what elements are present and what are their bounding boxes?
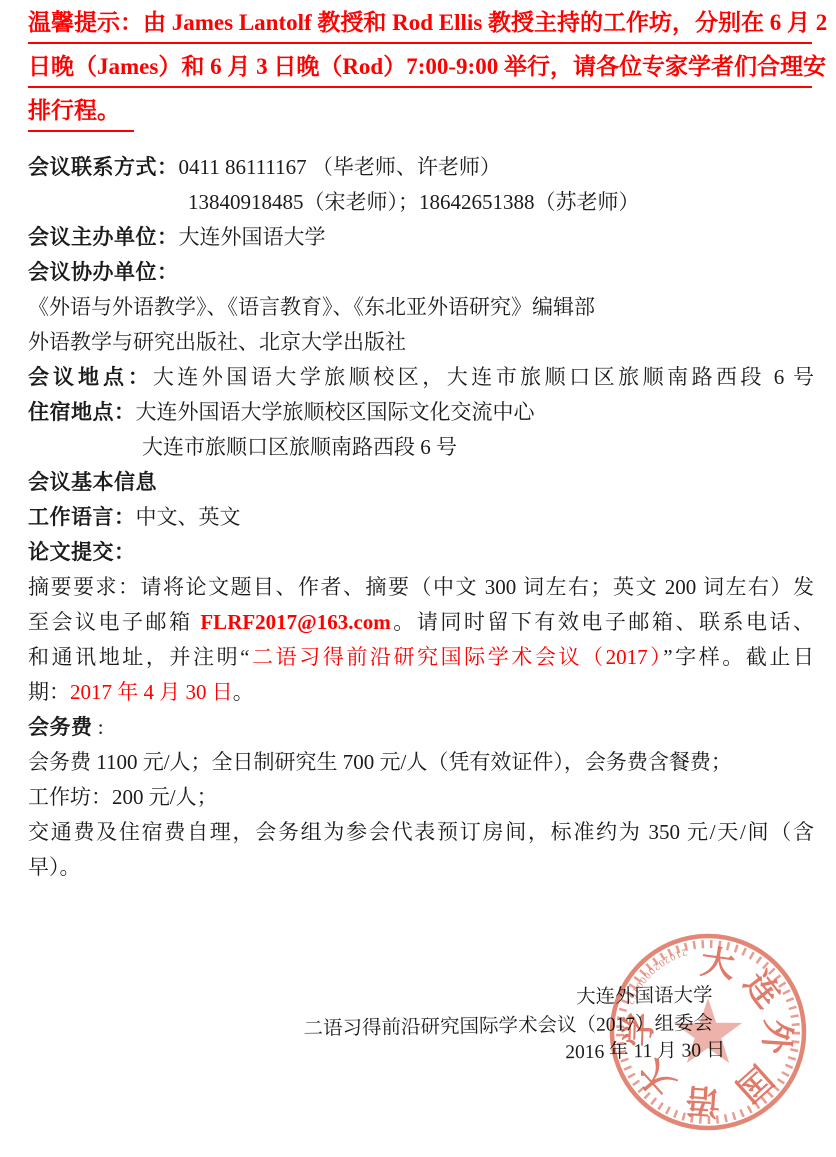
abstract-text: 。请同时留下有效电子邮箱、联系电话、: [391, 610, 814, 634]
seal-char: 连: [737, 965, 788, 1015]
fee-text: 工作坊：200 元/人；: [28, 785, 218, 809]
notice-text: 日晚（James）和 6 月 3 日晚（Rod）7:00-9:00 举行，请各位…: [28, 54, 826, 79]
submission-heading-line: 论文提交：: [28, 535, 814, 570]
coorg-presses-line: 外语教学与研究出版社、北京大学出版社: [28, 325, 814, 360]
notice-line: 排行程。: [28, 94, 812, 130]
abstract-text: 至会议电子邮箱: [28, 610, 200, 634]
venue-label: 会议地点：: [28, 366, 153, 389]
host-label: 会议主办单位：: [28, 226, 179, 249]
venue-line: 会议地点：大连外国语大学旅顺校区，大连市旅顺口区旅顺南路西段 6 号: [28, 360, 814, 395]
coorg-editors: 《外语与外语教学》、《语言教育》、《东北亚外语研究》编辑部: [28, 295, 595, 319]
official-seal-stamp: 21020200001620 大 连 外 国 语 大 学: [604, 926, 812, 1138]
submission-label: 论文提交：: [28, 541, 136, 564]
language-line: 工作语言：中文、英文: [28, 500, 814, 535]
deadline-line: 期：2017 年 4 月 30 日。: [28, 675, 814, 710]
seal-char: 大: [698, 943, 737, 985]
host-value: 大连外国语大学: [179, 225, 326, 249]
seal-serial-number: 21020200001620: [604, 926, 688, 1007]
lodging-address: 大连市旅顺口区旅顺南路西段 6 号: [142, 435, 457, 459]
basic-info-heading-line: 会议基本信息: [28, 465, 814, 500]
fee-text: 交通费及住宿费自理，会务组为参会代表预订房间，标准约为 350 元/天/间（含: [28, 820, 814, 844]
fee-heading-line: 会务费 :: [28, 710, 814, 745]
lodging-label: 住宿地点：: [28, 401, 136, 424]
fee-line1: 会务费 1100 元/人；全日制研究生 700 元/人（凭有效证件），会务费含餐…: [28, 745, 814, 780]
fee-colon: :: [93, 715, 104, 739]
seal-char: 学: [620, 1012, 659, 1047]
lodging-line: 住宿地点：大连外国语大学旅顺校区国际文化交流中心: [28, 395, 814, 430]
seal-star-icon: [674, 998, 742, 1063]
abstract-line1: 摘要要求：请将论文题目、作者、摘要（中文 300 词左右；英文 200 词左右）…: [28, 570, 814, 605]
abstract-text: ”字样。截止日: [663, 645, 814, 669]
lodging-value: 大连外国语大学旅顺校区国际文化交流中心: [136, 400, 535, 424]
notice-block: 温馨提示：由 James Lantolf 教授和 Rod Ellis 教授主持的…: [28, 6, 812, 136]
abstract-text: 和通讯地址，并注明“: [28, 645, 249, 669]
fee-line4: 早）。: [28, 850, 814, 885]
fee-line3: 交通费及住宿费自理，会务组为参会代表预订房间，标准约为 350 元/天/间（含: [28, 815, 814, 850]
fee-text: 早）。: [28, 855, 81, 879]
notice-line: 温馨提示：由 James Lantolf 教授和 Rod Ellis 教授主持的…: [28, 6, 812, 44]
deadline-prefix: 期：: [28, 680, 70, 704]
fee-text: 会务费 1100 元/人；全日制研究生 700 元/人（凭有效证件），会务费含餐…: [28, 750, 732, 774]
contact-value: 0411 86111167 （毕老师、许老师）: [179, 155, 501, 179]
fee-line2: 工作坊：200 元/人；: [28, 780, 814, 815]
fee-label: 会务费: [28, 716, 93, 739]
basic-info-heading: 会议基本信息: [28, 471, 157, 494]
seal-char: 国: [728, 1057, 779, 1108]
conference-email: FLRF2017@163.com: [200, 610, 390, 634]
contact-label: 会议联系方式：: [28, 156, 179, 179]
venue-value: 大连外国语大学旅顺校区，大连市旅顺口区旅顺南路西段 6 号: [153, 365, 814, 389]
notice-text: 排行程。: [28, 94, 134, 132]
coorg-line: 会议协办单位：: [28, 255, 814, 290]
deadline-date: 2017 年 4 月 30 日: [70, 680, 233, 704]
host-line: 会议主办单位：大连外国语大学: [28, 220, 814, 255]
coorg-presses: 外语教学与研究出版社、北京大学出版社: [28, 330, 406, 354]
abstract-line3: 和通讯地址，并注明“二语习得前沿研究国际学术会议（2017）”字样。截止日: [28, 640, 814, 675]
lodging-line2: 大连市旅顺口区旅顺南路西段 6 号: [28, 430, 814, 465]
deadline-suffix: 。: [233, 680, 254, 704]
notice-line: 日晚（James）和 6 月 3 日晚（Rod）7:00-9:00 举行，请各位…: [28, 50, 812, 88]
abstract-text: 摘要要求：请将论文题目、作者、摘要（中文 300 词左右；英文 200 词左右）…: [28, 575, 814, 599]
conference-title: 二语习得前沿研究国际学术会议（2017）: [249, 645, 663, 669]
coorg-label: 会议协办单位：: [28, 261, 179, 284]
document-page: 温馨提示：由 James Lantolf 教授和 Rod Ellis 教授主持的…: [0, 0, 836, 1157]
seal-char: 外: [756, 1018, 796, 1056]
contact-phones: 13840918485（宋老师）；18642651388（苏老师）: [188, 190, 640, 214]
seal-char: 大: [632, 1052, 683, 1103]
body-content: 会议联系方式：0411 86111167 （毕老师、许老师） 138409184…: [28, 150, 814, 885]
coorg-editors-line: 《外语与外语教学》、《语言教育》、《东北亚外语研究》编辑部: [28, 290, 814, 325]
seal-char: 语: [685, 1080, 722, 1120]
language-value: 中文、英文: [136, 505, 241, 529]
contact-line: 会议联系方式：0411 86111167 （毕老师、许老师）: [28, 150, 814, 185]
abstract-line2: 至会议电子邮箱 FLRF2017@163.com。请同时留下有效电子邮箱、联系电…: [28, 605, 814, 640]
language-label: 工作语言：: [28, 506, 136, 529]
notice-text: 温馨提示：由 James Lantolf 教授和 Rod Ellis 教授主持的…: [28, 10, 827, 35]
contact-line2: 13840918485（宋老师）；18642651388（苏老师）: [28, 185, 814, 220]
